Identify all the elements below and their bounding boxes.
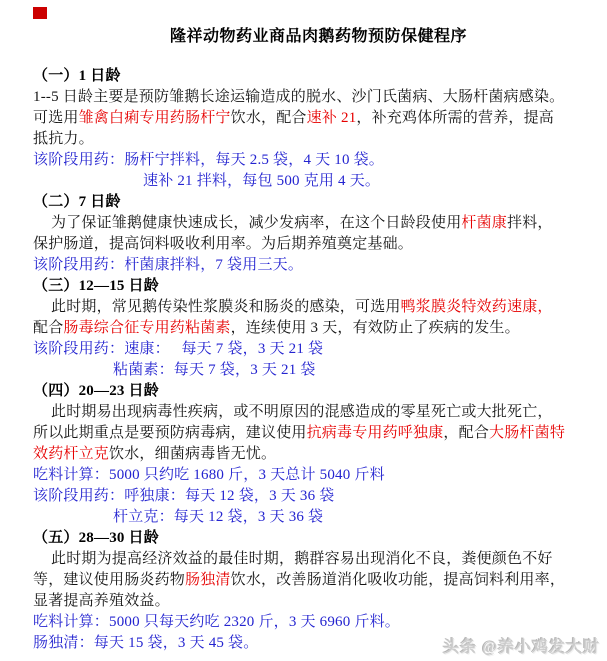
text-line: 粘菌素：每天 7 袋，3 天 21 袋 xyxy=(33,360,603,381)
text-segment: 等，建议使用肠炎药物 xyxy=(33,572,185,588)
text-segment: 肠独清：每天 15 袋，3 天 45 袋。 xyxy=(33,635,258,651)
text-line: 1--5 日龄主要是预防雏鹅长途运输造成的脱水、沙门氏菌病、大肠杆菌病感染。 xyxy=(33,87,603,108)
text-segment: 吃料计算：5000 只每天约吃 2320 斤，3 天 6960 斤料。 xyxy=(33,614,400,630)
text-segment: ，补充鸡体所需的营养，提高 xyxy=(356,110,554,126)
section-heading: （三）12—15 日龄 xyxy=(33,276,603,297)
text-line: 显著提高养殖效益。 xyxy=(33,591,603,612)
text-segment: 速补 21 拌料，每包 500 克用 4 天。 xyxy=(143,173,380,189)
text-segment: 吃料计算：5000 只约吃 1680 斤，3 天总计 5040 斤料 xyxy=(33,467,385,483)
text-segment: 速补 21 xyxy=(307,110,357,126)
text-line: 该阶段用药：杆菌康拌料，7 袋用三天。 xyxy=(33,255,603,276)
text-line: 等，建议使用肠炎药物肠独清饮水，改善肠道消化吸收功能，提高饲料利用率， xyxy=(33,570,603,591)
section-heading: （一）1 日龄 xyxy=(33,66,603,87)
text-segment: 饮水，改善肠道消化吸收功能，提高饲料利用率， xyxy=(231,572,565,588)
text-line: 抵抗力。 xyxy=(33,129,603,150)
text-line: 杆立克：每天 12 袋，3 天 36 袋 xyxy=(33,507,603,528)
text-segment: 大肠杆菌特 xyxy=(489,425,565,441)
watermark: 头条 @养小鸡发大财 xyxy=(443,634,600,657)
text-segment: ，配合 xyxy=(443,425,489,441)
text-line: 保护肠道，提高饲料吸收利用率。为后期养殖奠定基础。 xyxy=(33,234,603,255)
text-segment: 可选用 xyxy=(33,110,79,126)
text-segment: 该阶段用药：呼独康：每天 12 袋，3 天 36 袋 xyxy=(33,488,334,504)
section-heading: （五）28—30 日龄 xyxy=(33,528,603,549)
text-line: 配合肠毒综合征专用药粘菌素，连续使用 3 天，有效防止了疾病的发生。 xyxy=(33,318,603,339)
document-page: 隆祥动物药业商品肉鹅药物预防保健程序 （一）1 日龄1--5 日龄主要是预防雏鹅… xyxy=(0,0,607,661)
red-square-marker xyxy=(33,7,47,19)
text-segment: 肠独清 xyxy=(185,572,231,588)
section-heading: （四）20—23 日龄 xyxy=(33,381,603,402)
text-line: 该阶段用药：肠杆宁拌料，每天 2.5 袋，4 天 10 袋。 xyxy=(33,150,603,171)
text-line: 该阶段用药：呼独康：每天 12 袋，3 天 36 袋 xyxy=(33,486,603,507)
text-line: 效药杆立克饮水，细菌病毒皆无忧。 xyxy=(33,444,603,465)
text-segment: 拌料， xyxy=(507,215,553,231)
text-segment: 该阶段用药：杆菌康拌料，7 袋用三天。 xyxy=(33,257,303,273)
text-segment: 为了保证雏鹅健康快速成长，减少发病率，在这个日龄段使用 xyxy=(51,215,461,231)
text-segment: 所以此期重点是要预防病毒病，建议使用 xyxy=(33,425,307,441)
text-line: 可选用雏禽白痢专用药肠杆宁饮水，配合速补 21，补充鸡体所需的营养，提高 xyxy=(33,108,603,129)
text-line: 速补 21 拌料，每包 500 克用 4 天。 xyxy=(33,171,603,192)
text-segment: 此时期为提高经济效益的最佳时期，鹅群容易出现消化不良，粪便颜色不好 xyxy=(51,551,553,567)
text-segment: 粘菌素：每天 7 袋，3 天 21 袋 xyxy=(113,362,316,378)
text-segment: 保护肠道，提高饲料吸收利用率。为后期养殖奠定基础。 xyxy=(33,236,413,252)
text-line: 为了保证雏鹅健康快速成长，减少发病率，在这个日龄段使用杆菌康拌料， xyxy=(33,213,603,234)
text-segment: 此时期易出现病毒性疾病，或不明原因的混感造成的零星死亡或大批死亡， xyxy=(51,404,553,420)
text-segment: 肠毒综合征专用药粘菌素 xyxy=(63,320,230,336)
text-segment: 杆菌康 xyxy=(461,215,507,231)
text-segment: 饮水，配合 xyxy=(231,110,307,126)
text-line: 吃料计算：5000 只每天约吃 2320 斤，3 天 6960 斤料。 xyxy=(33,612,603,633)
text-line: 此时期，常见鹅传染性浆膜炎和肠炎的感染，可选用鸭浆膜炎特效药速康， xyxy=(33,297,603,318)
text-segment: 该阶段用药：速康： 每天 7 袋，3 天 21 袋 xyxy=(33,341,323,357)
text-segment: 杆立克：每天 12 袋，3 天 36 袋 xyxy=(113,509,323,525)
text-line: 此时期易出现病毒性疾病，或不明原因的混感造成的零星死亡或大批死亡， xyxy=(33,402,603,423)
document-body: （一）1 日龄1--5 日龄主要是预防雏鹅长途运输造成的脱水、沙门氏菌病、大肠杆… xyxy=(33,66,603,654)
text-segment: ，连续使用 3 天，有效防止了疾病的发生。 xyxy=(231,320,520,336)
text-segment: 此时期，常见鹅传染性浆膜炎和肠炎的感染，可选用 xyxy=(51,299,401,315)
text-segment: 显著提高养殖效益。 xyxy=(33,593,170,609)
text-line: 吃料计算：5000 只约吃 1680 斤，3 天总计 5040 斤料 xyxy=(33,465,603,486)
text-segment: 雏禽白痢专用药肠杆宁 xyxy=(79,110,231,126)
text-line: 该阶段用药：速康： 每天 7 袋，3 天 21 袋 xyxy=(33,339,603,360)
text-segment: 配合 xyxy=(33,320,63,336)
text-segment: 抵抗力。 xyxy=(33,131,94,147)
text-line: 所以此期重点是要预防病毒病，建议使用抗病毒专用药呼独康，配合大肠杆菌特 xyxy=(33,423,603,444)
text-segment: 效药杆立克 xyxy=(33,446,109,462)
text-line: 此时期为提高经济效益的最佳时期，鹅群容易出现消化不良，粪便颜色不好 xyxy=(33,549,603,570)
text-segment: 抗病毒专用药呼独康 xyxy=(307,425,444,441)
text-segment: 1--5 日龄主要是预防雏鹅长途运输造成的脱水、沙门氏菌病、大肠杆菌病感染。 xyxy=(33,89,564,105)
text-segment: 鸭浆膜炎特效药速康， xyxy=(401,299,553,315)
text-segment: 饮水，细菌病毒皆无忧。 xyxy=(109,446,276,462)
page-title: 隆祥动物药业商品肉鹅药物预防保健程序 xyxy=(30,0,607,47)
section-heading: （二）7 日龄 xyxy=(33,192,603,213)
text-segment: 该阶段用药：肠杆宁拌料，每天 2.5 袋，4 天 10 袋。 xyxy=(33,152,384,168)
